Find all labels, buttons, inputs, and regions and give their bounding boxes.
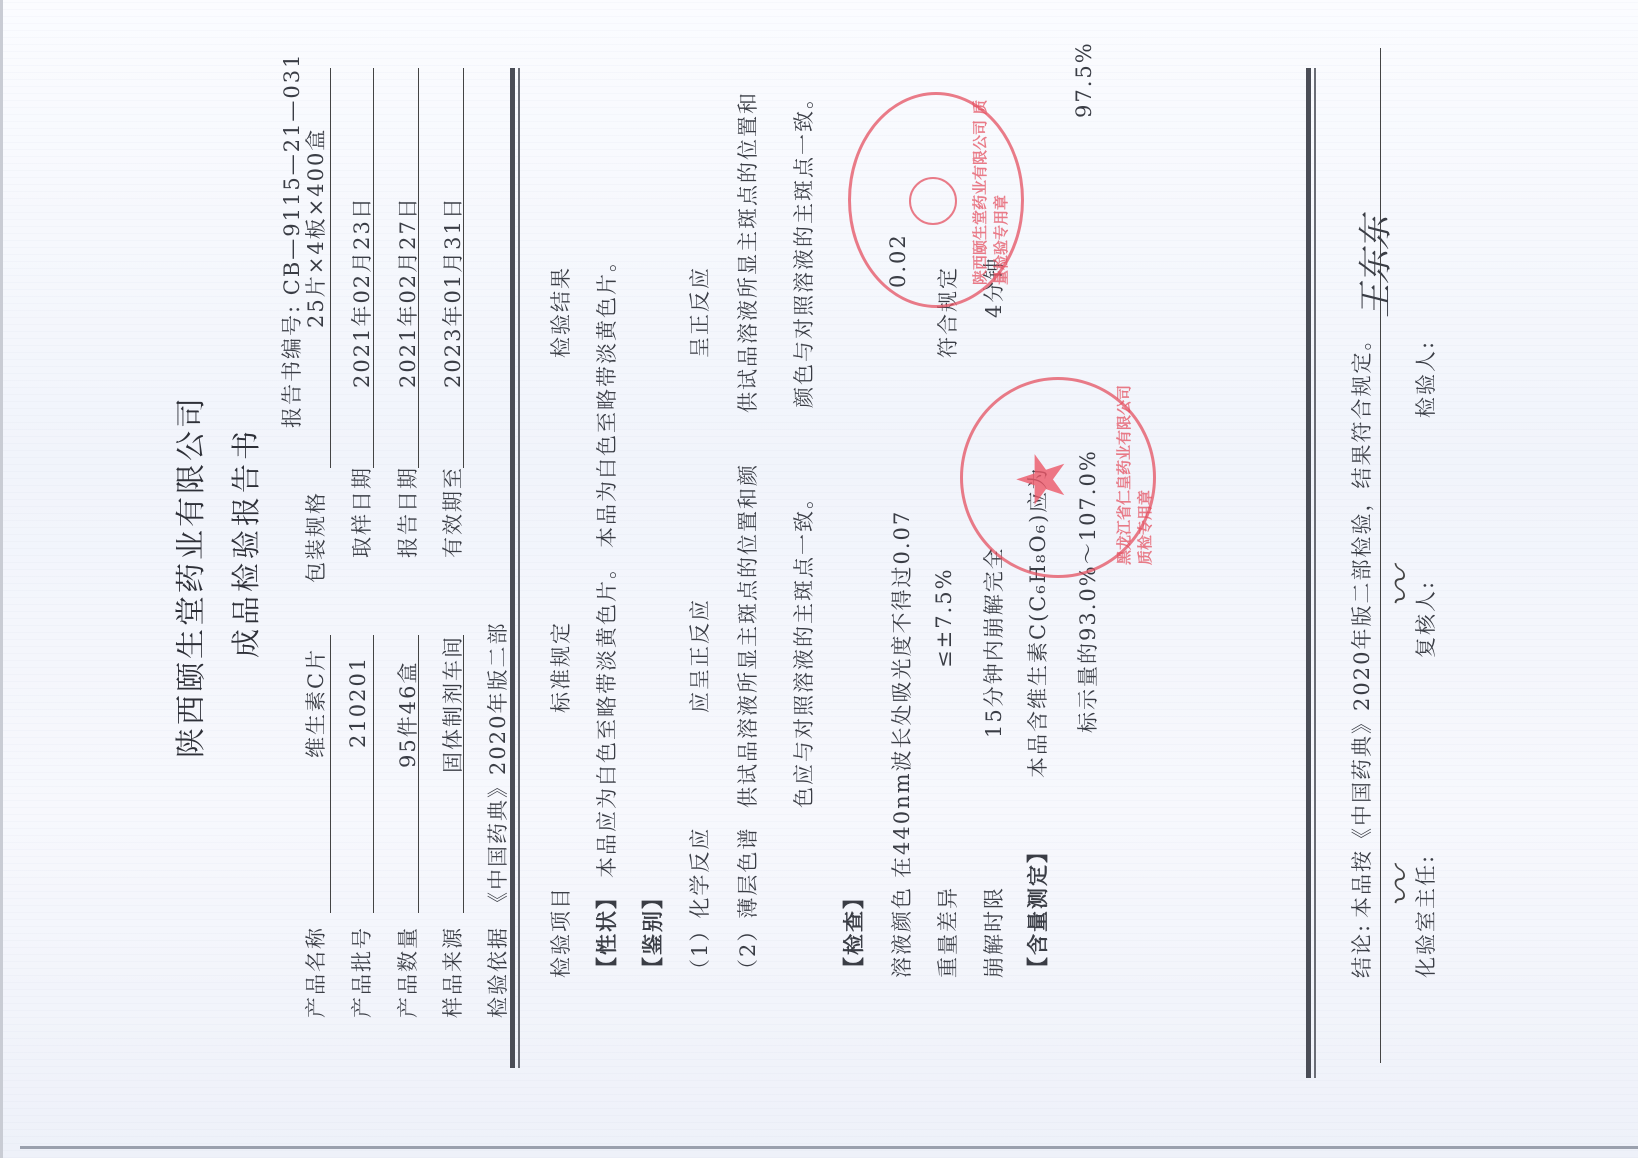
seal-text: 陕西颐生堂药业有限公司 质量检验专用章 (969, 95, 1011, 285)
label-product-name: 产品名称 (300, 926, 330, 1018)
row-item: 【鉴别】 (637, 886, 667, 978)
row-item: 【性状】 (591, 886, 621, 978)
value-basis: 《中国药典》2020年版二部 (482, 622, 512, 913)
company-seal: 陕西颐生堂药业有限公司 质量检验专用章 (848, 92, 1024, 308)
label-source: 样品来源 (437, 926, 467, 1018)
report-title: 成品检验报告书 (224, 427, 265, 658)
label-package-spec: 包装规格 (300, 491, 330, 583)
row-item: 【含量测定】 (1022, 840, 1052, 978)
label-report-date: 报告日期 (392, 466, 422, 558)
label-expiry: 有效期至 (437, 466, 467, 558)
inspector-signature: 王东东 (1348, 216, 1397, 318)
footer-border (1314, 68, 1316, 1078)
row-standard: 在440nm波长处吸光度不得过0.07 (886, 510, 916, 878)
underline (373, 68, 374, 468)
value-product-name: 维生素C片 (300, 648, 330, 758)
label-quantity: 产品数量 (392, 926, 422, 1018)
label-basis: 检验依据 (482, 926, 512, 1018)
seal-inner-ring (909, 177, 957, 225)
row-standard: 15分钟内崩解完全 (978, 546, 1008, 738)
lab-director-label: 化验室主任: (1410, 854, 1440, 978)
column-header-item: 检验项目 (545, 886, 575, 978)
footer-border (1306, 68, 1311, 1078)
inspector-label: 检验人: (1410, 340, 1440, 418)
underline (373, 635, 374, 913)
row-result: 97.5% (1072, 41, 1096, 118)
row-standard: 色应与对照溶液的主斑点一致。 (788, 486, 818, 808)
reviewer-label: 复核人: (1410, 580, 1440, 658)
row-item: 【检查】 (838, 886, 868, 978)
underline (330, 635, 331, 913)
row-item: 崩解时限 (978, 886, 1008, 978)
row-item: （2）薄层色谱 (732, 827, 762, 980)
value-batch-no: 210201 (346, 656, 370, 748)
row-standard: 供试品溶液所显主斑点的位置和颜 (732, 463, 762, 808)
row-result: 呈正反应 (684, 266, 714, 358)
row-result: 本品为白色至略带淡黄色片。 (591, 249, 621, 548)
value-package-spec: 25片×4板×400盒 (300, 128, 330, 328)
agent-seal: ★ 黑龙江省仁皇药业有限公司 质检专用章 (960, 377, 1156, 578)
column-header-result: 检验结果 (545, 266, 575, 358)
underline (463, 635, 464, 913)
seal-text: 黑龙江省仁皇药业有限公司 质检专用章 (1113, 380, 1155, 565)
underline (418, 635, 419, 913)
row-result: 供试品溶液所显主斑点的位置和 (732, 91, 762, 413)
label-sampling-date: 取样日期 (346, 466, 376, 558)
row-result: 颜色与对照溶液的主斑点一致。 (788, 86, 818, 408)
value-sampling-date: 2021年02月23日 (346, 196, 376, 388)
underline (463, 68, 464, 468)
conclusion-label: 结论: (1346, 923, 1376, 978)
row-standard: ≤±7.5% (932, 567, 956, 668)
column-header-standard: 标准规定 (545, 621, 575, 713)
conclusion-text: 本品按《中国药典》2020年版二部检验，结果符合规定。 (1346, 328, 1376, 918)
row-standard: 应呈正反应 (684, 598, 714, 713)
label-batch-no: 产品批号 (346, 926, 376, 1018)
underline (418, 68, 419, 468)
table-top-border (518, 68, 520, 1068)
underline (330, 68, 331, 468)
star-icon: ★ (1003, 450, 1080, 509)
inspection-report-document: 陕西颐生堂药业有限公司 成品检验报告书 报告书编号: CB—9115—21—03… (0, 0, 1638, 1158)
row-item: 溶液颜色 (886, 886, 916, 978)
table-top-border (510, 68, 515, 1068)
row-item: （1）化学反应 (684, 827, 714, 980)
row-item: 重量差异 (932, 886, 962, 978)
row-standard: 本品应为白色至略带淡黄色片。 (591, 556, 621, 878)
company-name: 陕西颐生堂药业有限公司 (166, 395, 210, 758)
signature-line (1380, 48, 1381, 1063)
